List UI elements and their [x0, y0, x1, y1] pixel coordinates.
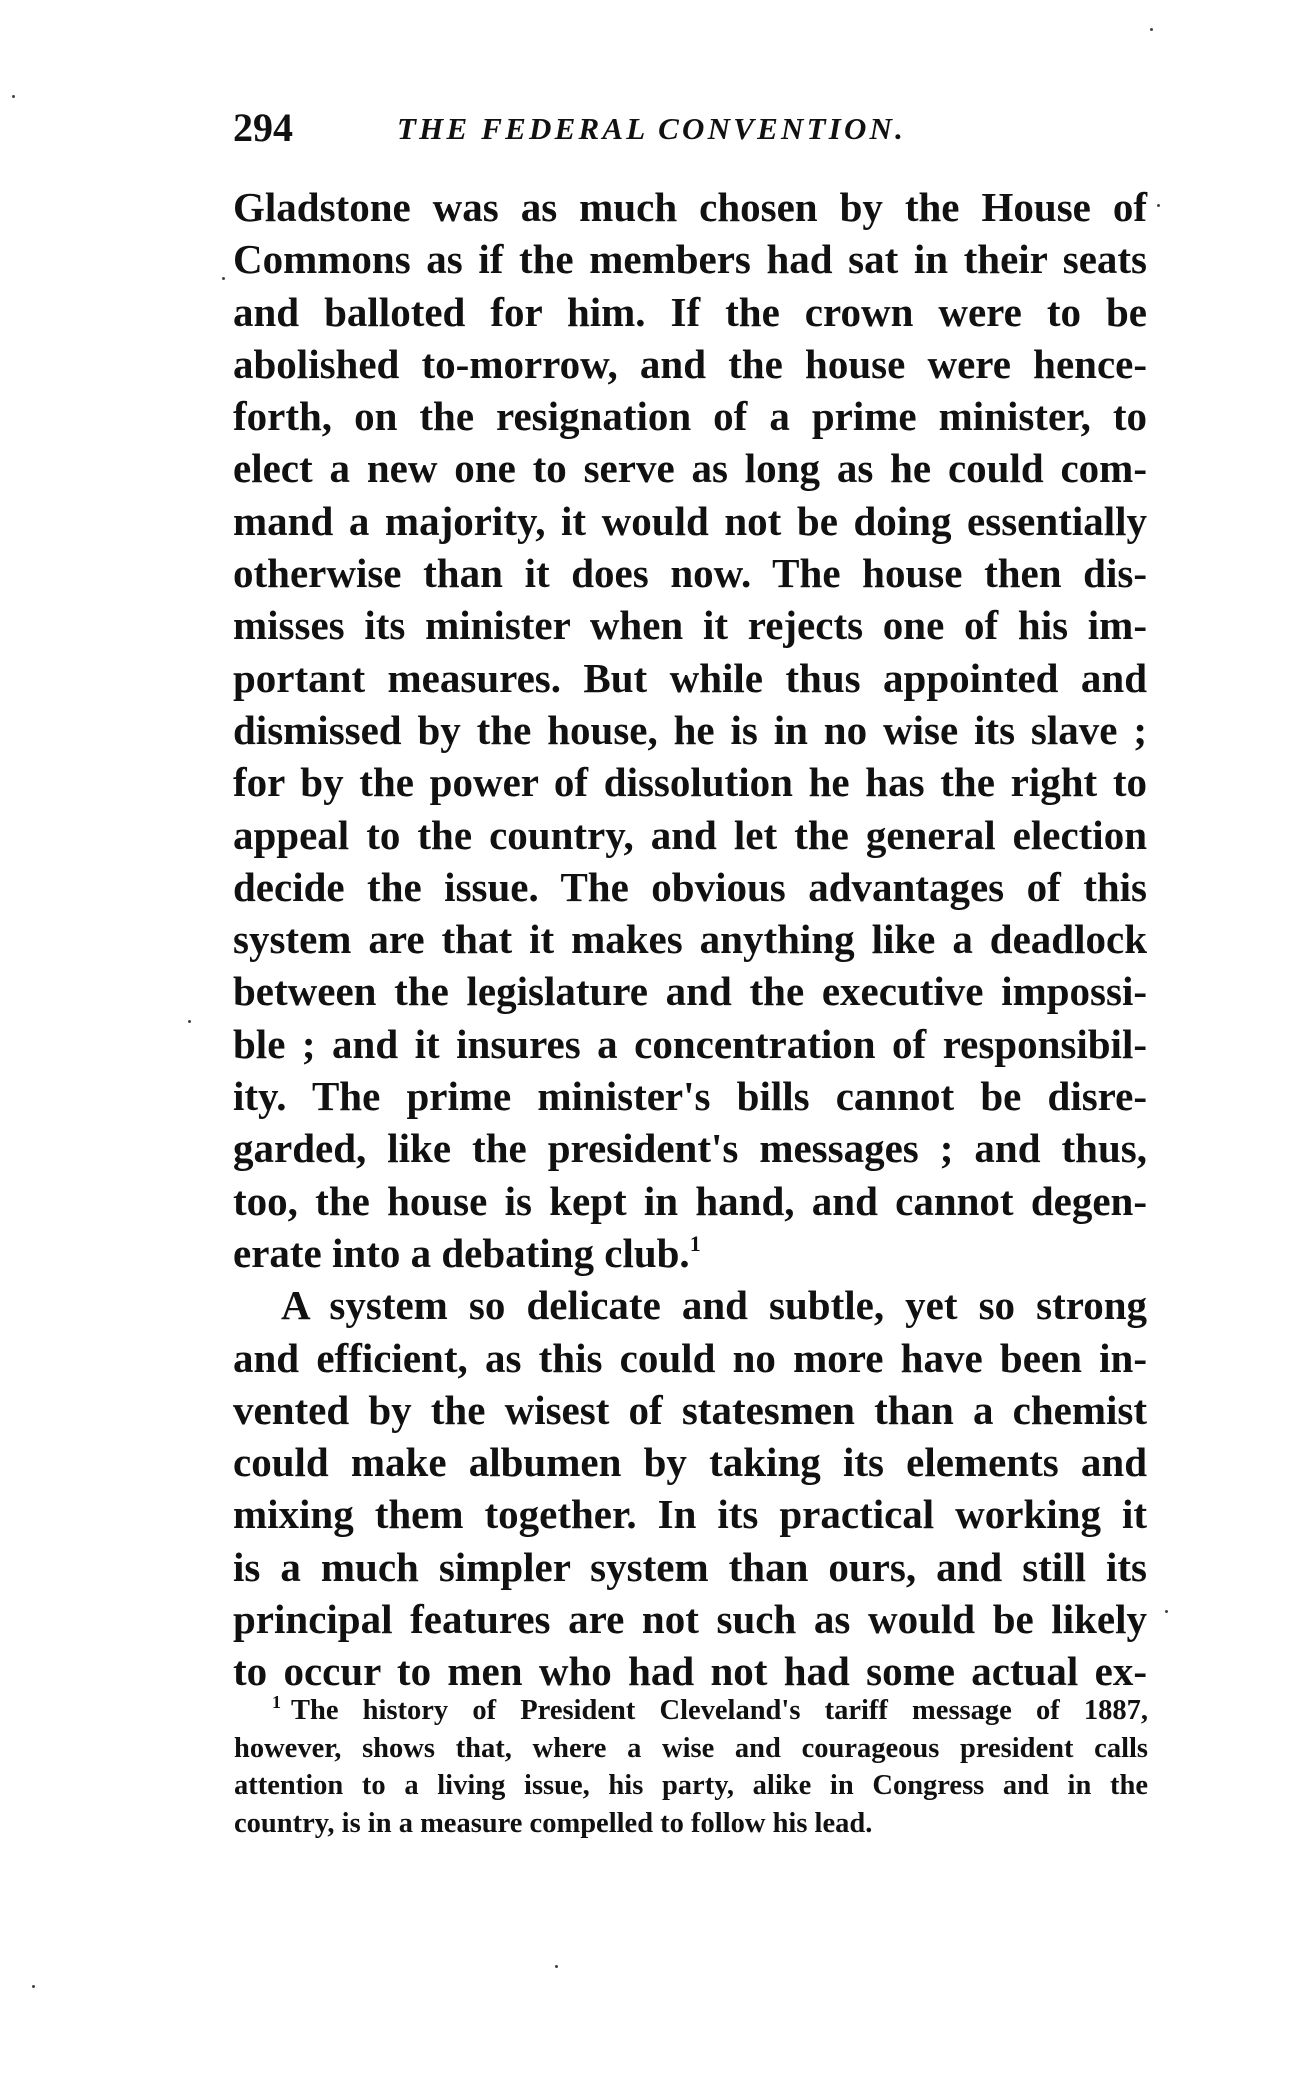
- body-line: and balloted for him. If the crown were …: [233, 286, 1147, 338]
- body-line: garded, like the president's messages ; …: [233, 1122, 1147, 1174]
- body-line: between the legislature and the executiv…: [233, 965, 1147, 1017]
- body-line: portant measures. But while thus appoint…: [233, 652, 1147, 704]
- book-page: 294 THE FEDERAL CONVENTION. Gladstone wa…: [0, 0, 1302, 2075]
- body-line: for by the power of dissolution he has t…: [233, 756, 1147, 808]
- body-line: decide the issue. The obvious advantages…: [233, 861, 1147, 913]
- scan-speck: [12, 95, 15, 98]
- body-line: vented by the wisest of statesmen than a…: [233, 1384, 1147, 1436]
- footnote-line: 1The history of President Cleveland's ta…: [234, 1692, 1148, 1730]
- scan-speck: [188, 1020, 191, 1023]
- page-number: 294: [233, 104, 293, 152]
- scan-speck: [222, 277, 225, 280]
- footnote-reference[interactable]: 1: [690, 1231, 701, 1256]
- footnote: 1The history of President Cleveland's ta…: [234, 1692, 1148, 1842]
- scan-speck: [32, 1985, 35, 1988]
- body-line: mand a majority, it would not be doing e…: [233, 495, 1147, 547]
- body-line: dismissed by the house, he is in no wise…: [233, 704, 1147, 756]
- body-line: is a much simpler system than ours, and …: [233, 1541, 1147, 1593]
- scan-speck: [555, 1965, 558, 1968]
- body-line: principal features are not such as would…: [233, 1593, 1147, 1645]
- footnote-line: country, is in a measure compelled to fo…: [234, 1805, 1148, 1843]
- footnote-line-text: The history of President Cleveland's tar…: [291, 1695, 1148, 1726]
- body-line: misses its minister when it rejects one …: [233, 599, 1147, 651]
- footnote-line: attention to a living issue, his party, …: [234, 1767, 1148, 1805]
- body-line: system are that it makes anything like a…: [233, 913, 1147, 965]
- body-line: forth, on the resignation of a prime min…: [233, 390, 1147, 442]
- body-line: elect a new one to serve as long as he c…: [233, 442, 1147, 494]
- scan-speck: [1150, 28, 1153, 31]
- body-line: abolished to-morrow, and the house were …: [233, 338, 1147, 390]
- running-title: THE FEDERAL CONVENTION.: [397, 104, 906, 154]
- body-line-paragraph-start: A system so delicate and subtle, yet so …: [233, 1279, 1147, 1331]
- body-text: Gladstone was as much chosen by the Hous…: [233, 181, 1147, 1698]
- body-line: and efficient, as this could no more hav…: [233, 1332, 1147, 1384]
- scan-speck: [1165, 1610, 1168, 1613]
- footnote-marker: 1: [272, 1692, 281, 1712]
- body-line: Commons as if the members had sat in the…: [233, 233, 1147, 285]
- body-line: ity. The prime minister's bills cannot b…: [233, 1070, 1147, 1122]
- body-line: otherwise than it does now. The house th…: [233, 547, 1147, 599]
- running-head: 294 THE FEDERAL CONVENTION.: [233, 104, 1153, 152]
- scan-speck: [1157, 204, 1160, 207]
- body-line-text: erate into a debating club.: [233, 1230, 690, 1276]
- body-line: to occur to men who had not had some act…: [233, 1645, 1147, 1697]
- body-line: appeal to the country, and let the gener…: [233, 809, 1147, 861]
- body-line: too, the house is kept in hand, and cann…: [233, 1175, 1147, 1227]
- body-line: could make albumen by taking its element…: [233, 1436, 1147, 1488]
- body-line: ble ; and it insures a concentration of …: [233, 1018, 1147, 1070]
- body-line: Gladstone was as much chosen by the Hous…: [233, 181, 1147, 233]
- footnote-line: however, shows that, where a wise and co…: [234, 1730, 1148, 1768]
- body-line-paragraph-end: erate into a debating club.1: [233, 1227, 1147, 1279]
- body-line: mixing them together. In its practical w…: [233, 1488, 1147, 1540]
